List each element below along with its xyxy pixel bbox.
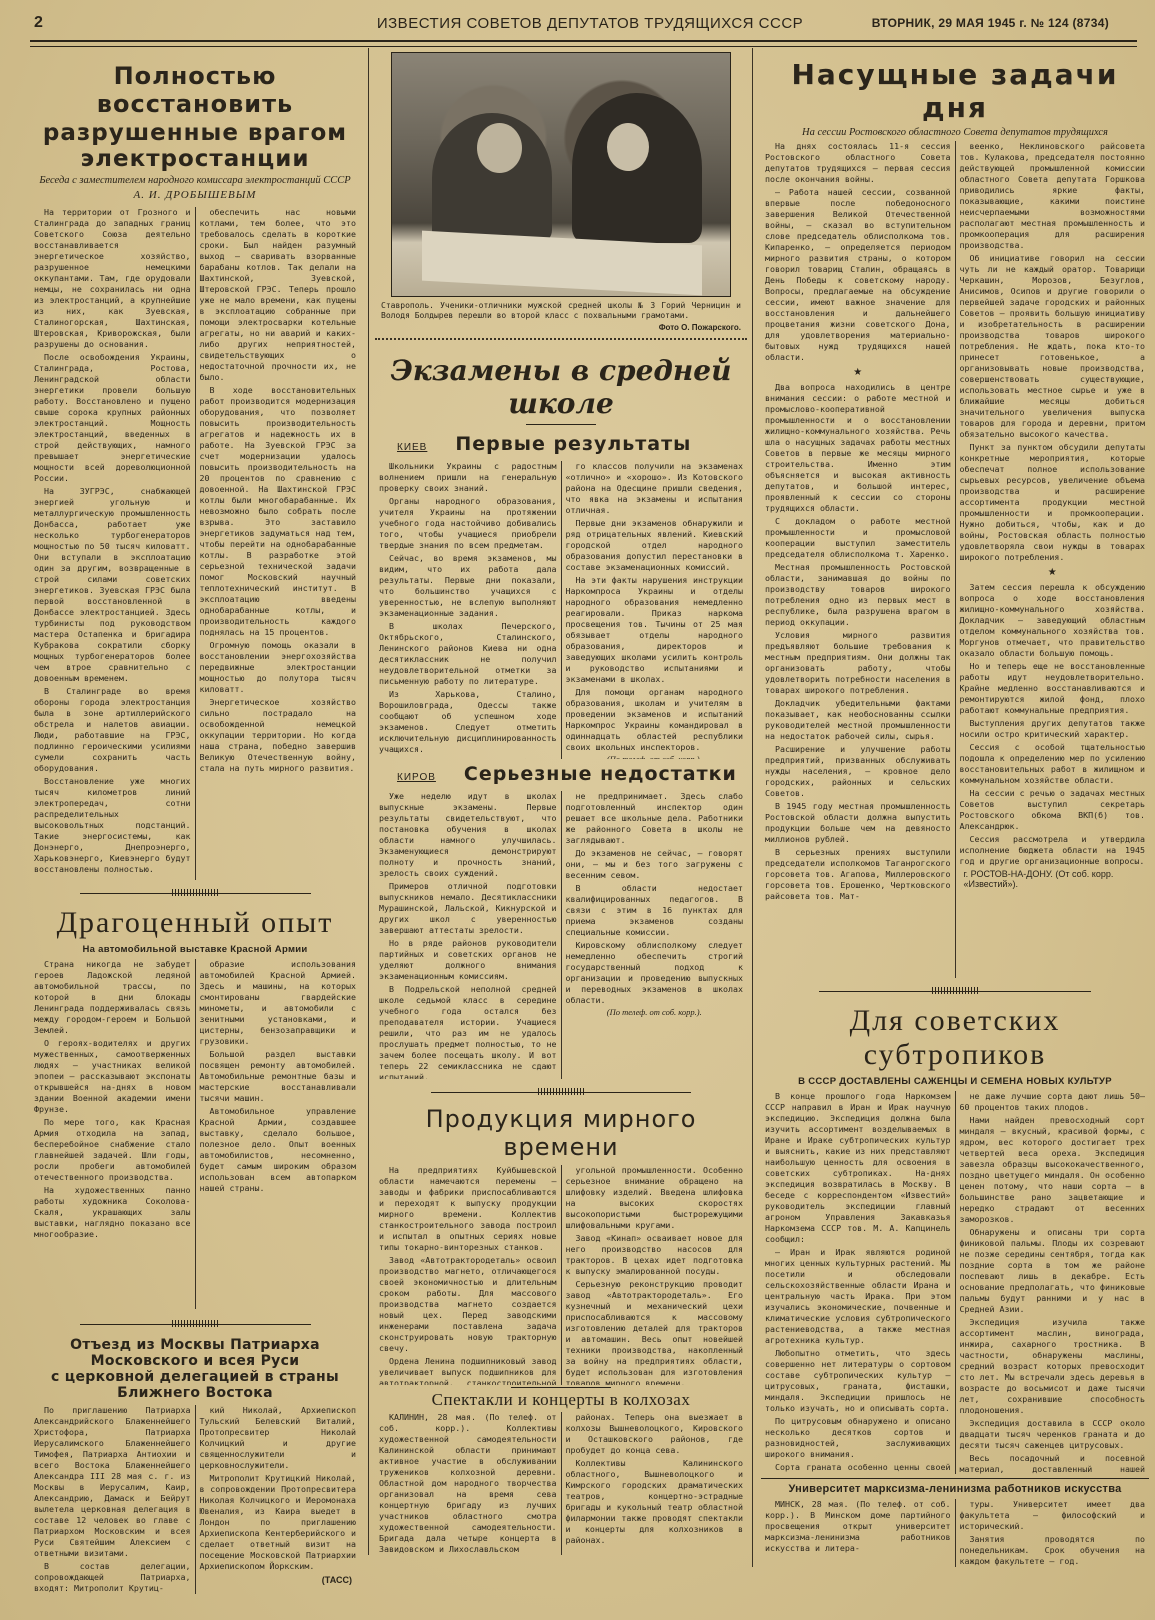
text-column: веенко, Неклиновского райсовета тов. Кул… — [955, 141, 1150, 978]
paragraph: Кировскому облисполкому следует немедлен… — [566, 940, 744, 1006]
separator — [80, 888, 311, 898]
newspaper-title: ИЗВЕСТИЯ СОВЕТОВ ДЕПУТАТОВ ТРУДЯЩИХСЯ СС… — [370, 15, 810, 32]
article-urgent-tasks: Насущные задачи дня На сессии Ростовског… — [761, 48, 1149, 978]
text-column: Страна никогда не забудет героев Ладожск… — [30, 959, 195, 1309]
text-column: На предприятиях Куйбышевской области нам… — [375, 1165, 561, 1385]
paragraph: Но и теперь еще не восстановленные работ… — [960, 661, 1146, 716]
section-title: Экзамены в средней школе — [375, 354, 747, 420]
paragraph: — Иран и Ирак являются родиной многих це… — [765, 1247, 951, 1346]
paragraph: По приглашению Патриарха Александрийског… — [34, 1405, 191, 1559]
paragraph: Серьезную реконструкцию проводит завод «… — [566, 1279, 744, 1385]
subtitle: На автомобильной выставке Красной Армии — [30, 944, 360, 955]
paragraph: КАЛИНИН, 28 мая. (По телеф. от соб. корр… — [379, 1412, 557, 1555]
article-peace-production: Продукция мирного времени На предприятия… — [375, 1105, 747, 1385]
paragraph: На днях состоялась 11-я сессия Ростовско… — [765, 141, 951, 185]
article-university: Университет марксизма-ленинизма работник… — [761, 1483, 1149, 1567]
paragraph: не даже лучшие сорта дают лишь 50—60 про… — [960, 1091, 1146, 1113]
paragraph: Огромную помощь оказали в восстановлении… — [200, 640, 357, 695]
paragraph: В ходе восстановительных работ производи… — [200, 385, 357, 638]
paragraph: Митрополит Крутицкий Николай, в сопровож… — [200, 1473, 357, 1572]
paragraph: Расширение и улучшение работы предприяти… — [765, 744, 951, 799]
article-subtropics: Для советских субтропиков В СССР ДОСТАВЛ… — [761, 1004, 1149, 1474]
article-concerts: Спектакли и концерты в колхозах КАЛИНИН,… — [375, 1390, 747, 1555]
text-column: По приглашению Патриарха Александрийског… — [30, 1405, 195, 1594]
paragraph: кий Николай, Архиепископ Тульский Белевс… — [200, 1405, 357, 1471]
text-column: го классов получили на экзаменах «отличн… — [561, 461, 748, 759]
paragraph: На территории от Грозного и Сталинграда … — [34, 207, 191, 350]
headline: с церковной делегацией в страны Ближнего… — [30, 1369, 360, 1401]
issue-date: ВТОРНИК, 29 МАЯ 1945 г. № 124 (8734) — [872, 16, 1109, 30]
text-column: обеспечить нас новыми котлами, тем более… — [195, 207, 361, 880]
text-column: На днях состоялась 11-я сессия Ростовско… — [761, 141, 955, 978]
city-label: КИЕВ — [397, 442, 427, 453]
separator — [80, 1319, 311, 1329]
paragraph: Экспедиция изучила также ассортимент мас… — [960, 1317, 1146, 1416]
paragraph: Докладчик убедительными фактами показыва… — [765, 698, 951, 742]
paragraph: По цитрусовым обнаружено и описано неско… — [765, 1416, 951, 1460]
paragraph: Завод «Кинап» осваивает новое для него п… — [566, 1233, 744, 1277]
byline: А. И. ДРОБЫШЕВЫМ — [30, 189, 360, 201]
page-number: 2 — [34, 14, 43, 32]
headline: Первые результаты — [455, 433, 691, 455]
paragraph: В 1945 году местная промышленность Росто… — [765, 801, 951, 845]
source: (По телеф. от соб. корр.). — [570, 754, 740, 759]
paragraph: Сорта граната особенно ценны своей урожа… — [765, 1462, 951, 1474]
paragraph: В конце прошлого года Наркомзем СССР нап… — [765, 1091, 951, 1245]
paragraph: не предпринимает. Здесь слабо подготовле… — [566, 791, 744, 846]
paragraph: До экзаменов не сейчас, — говорят они, —… — [566, 848, 744, 881]
divider — [375, 338, 747, 344]
star-divider: ★ — [960, 567, 1146, 578]
paragraph: Пункт за пунктом обсудили депутаты конкр… — [960, 442, 1146, 563]
paragraph: Об инициативе говорил на сессии чуть ли … — [960, 253, 1146, 440]
paragraph: туры. Университет имеет два факультета —… — [960, 1499, 1146, 1532]
headline: Спектакли и концерты в колхозах — [375, 1390, 747, 1410]
paragraph: Большой раздел выставки посвящен ремонту… — [200, 1049, 357, 1104]
text-column: угольной промышленности. Особенно серьез… — [561, 1165, 748, 1385]
text-column: Школьники Украины с радостным волнением … — [375, 461, 561, 759]
text-column: районах. Теперь она выезжает в колхозы В… — [561, 1412, 748, 1555]
headline: Отъезд из Москвы Патриарха Московского и… — [30, 1337, 360, 1369]
separator — [819, 986, 1091, 996]
text-column: В конце прошлого года Наркомзем СССР нап… — [761, 1091, 955, 1474]
paragraph: Для помощи органам народного образования… — [566, 687, 744, 753]
paragraph: Сессия с особой тщательностью подошла к … — [960, 742, 1146, 786]
star-divider: ★ — [765, 367, 951, 378]
middle-column: Ставрополь. Ученики-отличники мужской ср… — [368, 48, 747, 1555]
headline: Для советских субтропиков — [761, 1004, 1149, 1072]
source: (ТАСС) — [204, 1575, 353, 1585]
photo-credit: Фото О. Пожарского. — [381, 323, 741, 332]
paragraph: В Сталинграде во время обороны города эл… — [34, 686, 191, 774]
paragraph: Примеров отличной подготовки выпускников… — [379, 881, 557, 936]
subtitle: Беседа с заместителем народного комиссар… — [30, 175, 360, 186]
paragraph: На эти факты нарушения инструкции Нарком… — [566, 575, 744, 685]
source: (По телеф. от соб. корр.). — [570, 1007, 740, 1017]
headline: Насущные задачи дня — [761, 58, 1149, 124]
text-column: туры. Университет имеет два факультета —… — [955, 1499, 1150, 1567]
paragraph: Два вопроса находились в центре внимания… — [765, 382, 951, 514]
dateline: г. РОСТОВ-НА-ДОНУ. (От соб. корр. «Извес… — [964, 869, 1142, 889]
text-column: МИНСК, 28 мая. (По телеф. от соб. корр.)… — [761, 1499, 955, 1567]
paragraph: На художественных панно работы художника… — [34, 1185, 191, 1240]
paragraph: В области недостает квалифицированных пе… — [566, 883, 744, 938]
paragraph: Нами найден превосходный сорт миндаля — … — [960, 1115, 1146, 1225]
article-patriarch: Отъезд из Москвы Патриарха Московского и… — [30, 1337, 360, 1594]
paragraph: На сессии с речью о задачах местных Сове… — [960, 788, 1146, 832]
paragraph: На предприятиях Куйбышевской области нам… — [379, 1165, 557, 1253]
paragraph: обеспечить нас новыми котлами, тем более… — [200, 207, 357, 383]
paragraph: МИНСК, 28 мая. (По телеф. от соб. корр.)… — [765, 1499, 951, 1554]
text-column: Уже неделю идут в школах выпускные экзам… — [375, 791, 561, 1079]
headline: разрушенные врагом электростанции — [30, 120, 360, 172]
paragraph: В Подрельской неполной средней школе сед… — [379, 984, 557, 1079]
paragraph: В состав делегации, сопровождающей Патри… — [34, 1561, 191, 1594]
paragraph: Восстановление уже многих тысяч километр… — [34, 776, 191, 875]
paragraph: Но в ряде районов руководители партийных… — [379, 938, 557, 982]
paragraph: Сейчас, во время экзаменов, мы видим, чт… — [379, 553, 557, 619]
left-column: Полностью восстановить разрушенные враго… — [30, 48, 360, 1594]
paragraph: Органы народного образования, учителя Ук… — [379, 496, 557, 551]
paragraph: образие использования автомобилей Красно… — [200, 959, 357, 1047]
paragraph: веенко, Неклиновского райсовета тов. Кул… — [960, 141, 1146, 251]
paragraph: Уже неделю идут в школах выпускные экзам… — [379, 791, 557, 879]
text-column: На территории от Грозного и Сталинграда … — [30, 207, 195, 880]
paragraph: С докладом о работе местной промышленнос… — [765, 516, 951, 560]
paragraph: Страна никогда не забудет героев Ладожск… — [34, 959, 191, 1036]
paragraph: Завод «Автотрактородеталь» освоил произв… — [379, 1255, 557, 1354]
text-column: кий Николай, Архиепископ Тульский Белевс… — [195, 1405, 361, 1594]
subtitle: На сессии Ростовского областного Совета … — [761, 127, 1149, 138]
paragraph: Затем сессия перешла к обсуждению вопрос… — [960, 582, 1146, 659]
headline: Серьезные недостатки — [464, 763, 737, 785]
photo-caption: Ставрополь. Ученики-отличники мужской ср… — [381, 301, 741, 321]
right-column: Насущные задачи дня На сессии Ростовског… — [752, 48, 1149, 1567]
paragraph: Местная промышленность Ростовской област… — [765, 562, 951, 628]
paragraph: Из Харькова, Сталино, Ворошиловграда, Од… — [379, 689, 557, 755]
masthead-rule — [30, 40, 1137, 47]
paragraph: Школьники Украины с радостным волнением … — [379, 461, 557, 494]
text-column: не предпринимает. Здесь слабо подготовле… — [561, 791, 748, 1079]
paragraph: районах. Теперь она выезжает в колхозы В… — [566, 1412, 744, 1456]
paragraph: На ЗУГРЭС, снабжающей энергией угольную … — [34, 486, 191, 684]
paragraph: го классов получили на экзаменах «отличн… — [566, 461, 744, 516]
headline: Драгоценный опыт — [30, 906, 360, 940]
headline: Полностью восстановить — [30, 62, 360, 118]
masthead: 2 ИЗВЕСТИЯ СОВЕТОВ ДЕПУТАТОВ ТРУДЯЩИХСЯ … — [30, 12, 1137, 38]
text-column: КАЛИНИН, 28 мая. (По телеф. от соб. корр… — [375, 1412, 561, 1555]
paragraph: — Работа нашей сессии, созванной впервые… — [765, 187, 951, 363]
text-column: образие использования автомобилей Красно… — [195, 959, 361, 1309]
paragraph: Автомобильное управление Красной Армии, … — [200, 1106, 357, 1194]
paragraph: Экспедиция доставила в СССР около двадца… — [960, 1418, 1146, 1451]
paragraph: После освобождения Украины, Сталинграда,… — [34, 352, 191, 484]
text-column: не даже лучшие сорта дают лишь 50—60 про… — [955, 1091, 1150, 1474]
paragraph: Энергетическое хозяйство сильно пострада… — [200, 697, 357, 774]
photo-schoolchildren — [391, 52, 731, 297]
paragraph: О героях-водителях и других мужественных… — [34, 1038, 191, 1115]
city-label: КИРОВ — [397, 772, 436, 783]
paragraph: Коллективы Калининского областного, Вышн… — [566, 1458, 744, 1546]
headline: Продукция мирного времени — [375, 1105, 747, 1161]
paragraph: По мере того, как Красная Армия отходила… — [34, 1117, 191, 1183]
article-precious-experience: Драгоценный опыт На автомобильной выстав… — [30, 906, 360, 1311]
paragraph: Сессия рассмотрела и утвердила исполнени… — [960, 834, 1146, 867]
paragraph: Ордена Ленина подшипниковый завод увелич… — [379, 1356, 557, 1385]
paragraph: Условия мирного развития предъявляют бол… — [765, 630, 951, 696]
article-serious-shortcomings: КИРОВ Серьезные недостатки Уже неделю ид… — [375, 759, 747, 1079]
article-first-results: КИЕВ Первые результаты Школьники Украины… — [375, 429, 747, 759]
paragraph: Немало хороших образцов показывают и сел… — [379, 757, 557, 759]
paragraph: В школах Печерского, Октябрьского, Стали… — [379, 621, 557, 687]
paragraph: В серьезных прениях выступили председате… — [765, 847, 951, 902]
paragraph: Выступления других депутатов также носил… — [960, 718, 1146, 740]
headline: Университет марксизма-ленинизма работник… — [761, 1483, 1149, 1495]
paragraph: Первые дни экзаменов обнаружили и ряд от… — [566, 518, 744, 573]
paragraph: Весь посадочный и посевной материал, дос… — [960, 1453, 1146, 1474]
paragraph: Любопытно отметить, что здесь совершенно… — [765, 1348, 951, 1414]
separator — [431, 1087, 691, 1097]
paragraph: Занятия проводятся по понедельникам. Сро… — [960, 1534, 1146, 1567]
subtitle: В СССР ДОСТАВЛЕНЫ САЖЕНЦЫ И СЕМЕНА НОВЫХ… — [761, 1076, 1149, 1087]
paragraph: угольной промышленности. Особенно серьез… — [566, 1165, 744, 1231]
article-power-stations: Полностью восстановить разрушенные враго… — [30, 48, 360, 880]
paragraph: Обнаружены и описаны три сорта финиковой… — [960, 1227, 1146, 1315]
